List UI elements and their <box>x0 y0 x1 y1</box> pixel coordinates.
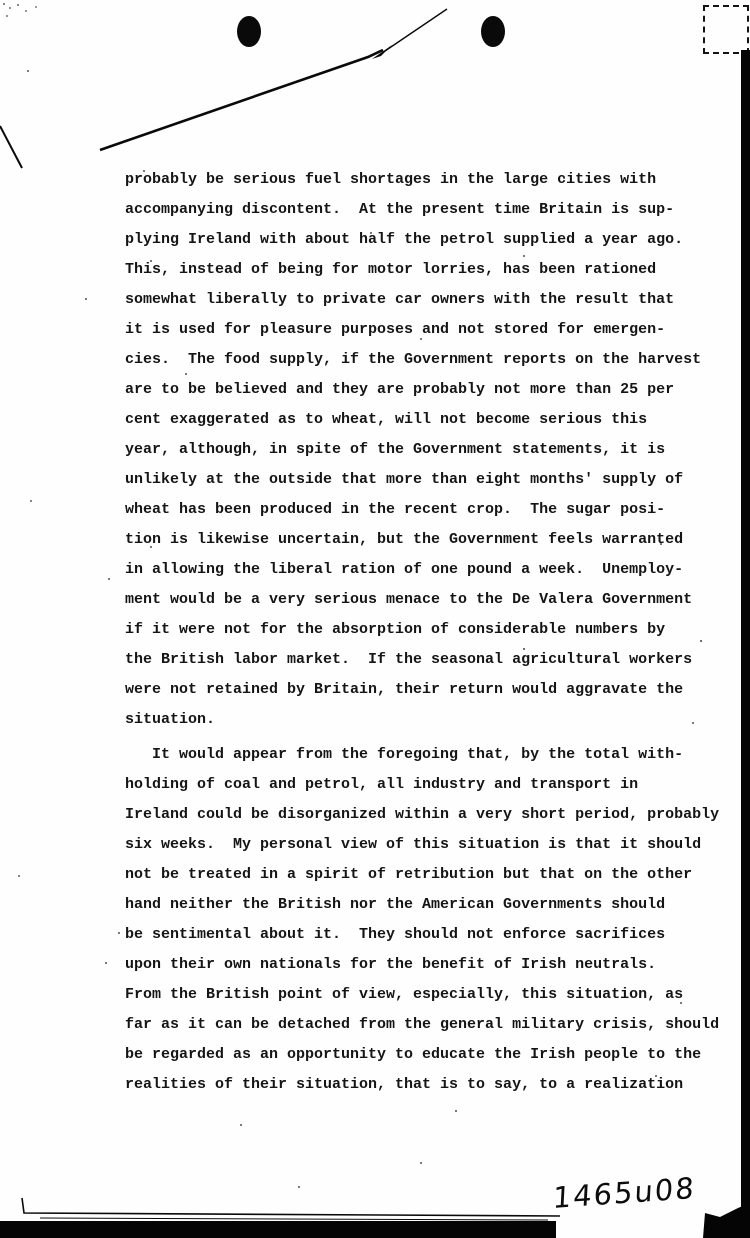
text-line: It would appear from the foregoing that,… <box>125 740 745 770</box>
paragraph: It would appear from the foregoing that,… <box>125 740 745 1100</box>
text-line: hand neither the British nor the America… <box>125 890 745 920</box>
text-line: realities of their situation, that is to… <box>125 1070 745 1100</box>
paragraph: probably be serious fuel shortages in th… <box>125 165 745 735</box>
text-line: tion is likewise uncertain, but the Gove… <box>125 525 745 555</box>
text-line: ment would be a very serious menace to t… <box>125 585 745 615</box>
punch-hole-icon <box>481 16 505 47</box>
text-line: plying Ireland with about half the petro… <box>125 225 745 255</box>
document-text: probably be serious fuel shortages in th… <box>125 165 745 1100</box>
text-line: be regarded as an opportunity to educate… <box>125 1040 745 1070</box>
text-line: unlikely at the outside that more than e… <box>125 465 745 495</box>
text-line: cent exaggerated as to wheat, will not b… <box>125 405 745 435</box>
text-line: Ireland could be disorganized within a v… <box>125 800 745 830</box>
text-line: This, instead of being for motor lorries… <box>125 255 745 285</box>
text-line: holding of coal and petrol, all industry… <box>125 770 745 800</box>
text-line: were not retained by Britain, their retu… <box>125 675 745 705</box>
text-line: far as it can be detached from the gener… <box>125 1010 745 1040</box>
scan-noise-specks <box>0 0 2 2</box>
text-line: if it were not for the absorption of con… <box>125 615 745 645</box>
corner-stamp-box <box>703 5 749 54</box>
scan-edge-bar-bottom <box>0 1221 556 1238</box>
text-line: situation. <box>125 705 745 735</box>
text-line: From the British point of view, especial… <box>125 980 745 1010</box>
text-line: are to be believed and they are probably… <box>125 375 745 405</box>
scanned-document-page: probably be serious fuel shortages in th… <box>0 0 750 1238</box>
text-line: upon their own nationals for the benefit… <box>125 950 745 980</box>
text-line: accompanying discontent. At the present … <box>125 195 745 225</box>
punch-hole-icon <box>237 16 261 47</box>
text-line: wheat has been produced in the recent cr… <box>125 495 745 525</box>
text-line: not be treated in a spirit of retributio… <box>125 860 745 890</box>
handwritten-reference: 1465u08 <box>552 1171 697 1215</box>
text-line: year, although, in spite of the Governme… <box>125 435 745 465</box>
text-line: the British labor market. If the seasona… <box>125 645 745 675</box>
text-line: six weeks. My personal view of this situ… <box>125 830 745 860</box>
text-line: cies. The food supply, if the Government… <box>125 345 745 375</box>
text-line: it is used for pleasure purposes and not… <box>125 315 745 345</box>
text-line: probably be serious fuel shortages in th… <box>125 165 745 195</box>
text-line: somewhat liberally to private car owners… <box>125 285 745 315</box>
text-line: be sentimental about it. They should not… <box>125 920 745 950</box>
text-line: in allowing the liberal ration of one po… <box>125 555 745 585</box>
